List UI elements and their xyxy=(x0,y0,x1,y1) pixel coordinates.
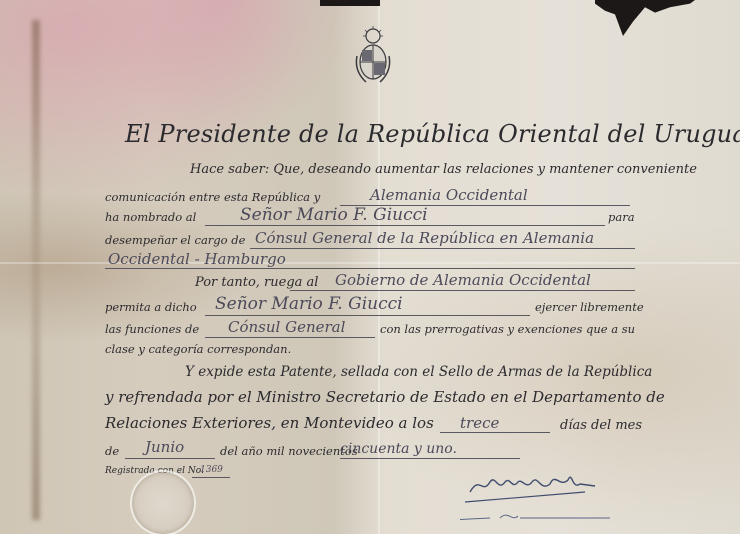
handwritten-country: Alemania Occidental xyxy=(370,186,528,204)
fill-line xyxy=(340,458,520,459)
printed-text: y refrendada por el Ministro Secretario … xyxy=(105,388,665,406)
printed-text: comunicación entre esta República y xyxy=(105,190,320,204)
printed-text: para xyxy=(608,210,635,224)
printed-text: clase y categoría correspondan. xyxy=(105,342,291,356)
fill-line xyxy=(192,477,230,478)
fill-line xyxy=(250,248,635,249)
printed-text: días del mes xyxy=(560,418,642,433)
printed-text: Relaciones Exteriores, en Montevideo a l… xyxy=(105,414,434,432)
document-title: El Presidente de la República Oriental d… xyxy=(125,120,740,148)
handwritten-month: Junio xyxy=(145,438,184,456)
handwritten-government: Gobierno de Alemania Occidental xyxy=(335,271,591,289)
handwritten-name: Señor Mario F. Giucci xyxy=(240,205,428,225)
printed-text: Por tanto, ruega al xyxy=(195,275,318,290)
fill-line xyxy=(290,290,635,291)
paper-stain xyxy=(32,20,40,520)
registration-number: 1369 xyxy=(200,465,223,475)
printed-text: con las prerrogativas y exenciones que a… xyxy=(380,322,635,336)
fill-line xyxy=(125,458,215,459)
handwritten-location: Occidental - Hamburgo xyxy=(108,250,286,268)
printed-text: de xyxy=(105,444,119,458)
handwritten-day: trece xyxy=(460,414,499,432)
fill-line xyxy=(440,432,550,433)
printed-text: Y expide esta Patente, sellada con el Se… xyxy=(185,364,652,380)
printed-text: del año mil novecientos xyxy=(220,444,358,458)
printed-text: Hace saber: Que, deseando aumentar las r… xyxy=(190,162,697,177)
coat-of-arms-icon xyxy=(352,26,394,88)
fill-line xyxy=(105,268,635,269)
fill-line xyxy=(205,337,375,338)
handwritten-name: Señor Mario F. Giucci xyxy=(215,294,403,314)
printed-text: las funciones de xyxy=(105,322,199,336)
embossed-seal-icon xyxy=(130,470,196,534)
handwritten-role: Cónsul General xyxy=(228,318,345,336)
printed-text: ha nombrado al xyxy=(105,210,196,224)
torn-edge-top xyxy=(320,0,380,6)
printed-text: permita a dicho xyxy=(105,300,197,314)
printed-text: desempeñar el cargo de xyxy=(105,233,245,247)
printed-text: ejercer libremente xyxy=(535,300,644,314)
handwritten-position: Cónsul General de la República en Aleman… xyxy=(255,229,594,247)
fill-line xyxy=(205,315,530,316)
handwritten-year: cincuenta y uno. xyxy=(340,441,457,457)
fill-line xyxy=(205,225,605,226)
